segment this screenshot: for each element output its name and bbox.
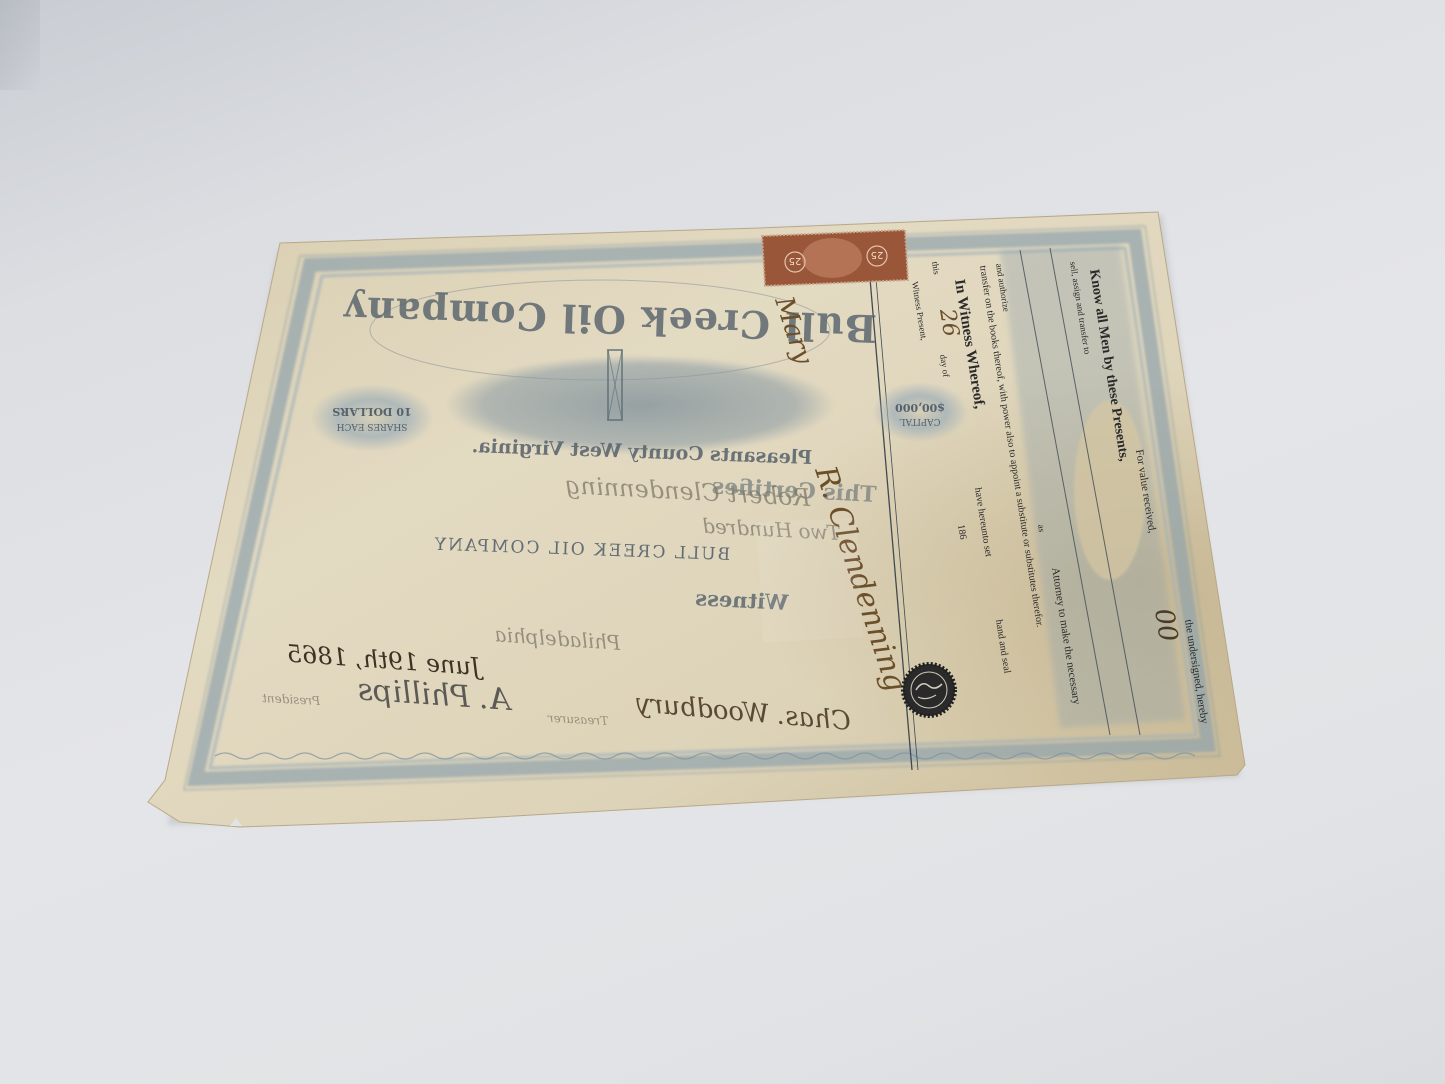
svg-text:25: 25 — [871, 249, 884, 260]
svg-text:this: this — [930, 261, 942, 276]
svg-text:SHARES EACH: SHARES EACH — [337, 421, 408, 431]
photo-scene: SHARES EACH 10 DOLLARS CAPITAL $00,000 B… — [0, 0, 1445, 1084]
svg-text:$00,000: $00,000 — [895, 401, 945, 414]
revenue-stamp: 25 25 — [762, 230, 908, 286]
handwritten-shares-count: 00 — [1148, 606, 1183, 643]
embossed-area — [757, 517, 863, 642]
capital-medallion: CAPITAL $00,000 — [872, 382, 968, 442]
svg-text:26: 26 — [934, 306, 963, 339]
svg-text:186: 186 — [955, 524, 968, 541]
svg-text:25: 25 — [789, 255, 802, 266]
svg-text:10 DOLLARS: 10 DOLLARS — [332, 405, 411, 418]
blank-panel — [1074, 400, 1146, 580]
svg-text:CAPITAL: CAPITAL — [899, 416, 940, 426]
shares-medallion: SHARES EACH 10 DOLLARS — [310, 384, 434, 452]
corporate-seal — [903, 664, 955, 716]
